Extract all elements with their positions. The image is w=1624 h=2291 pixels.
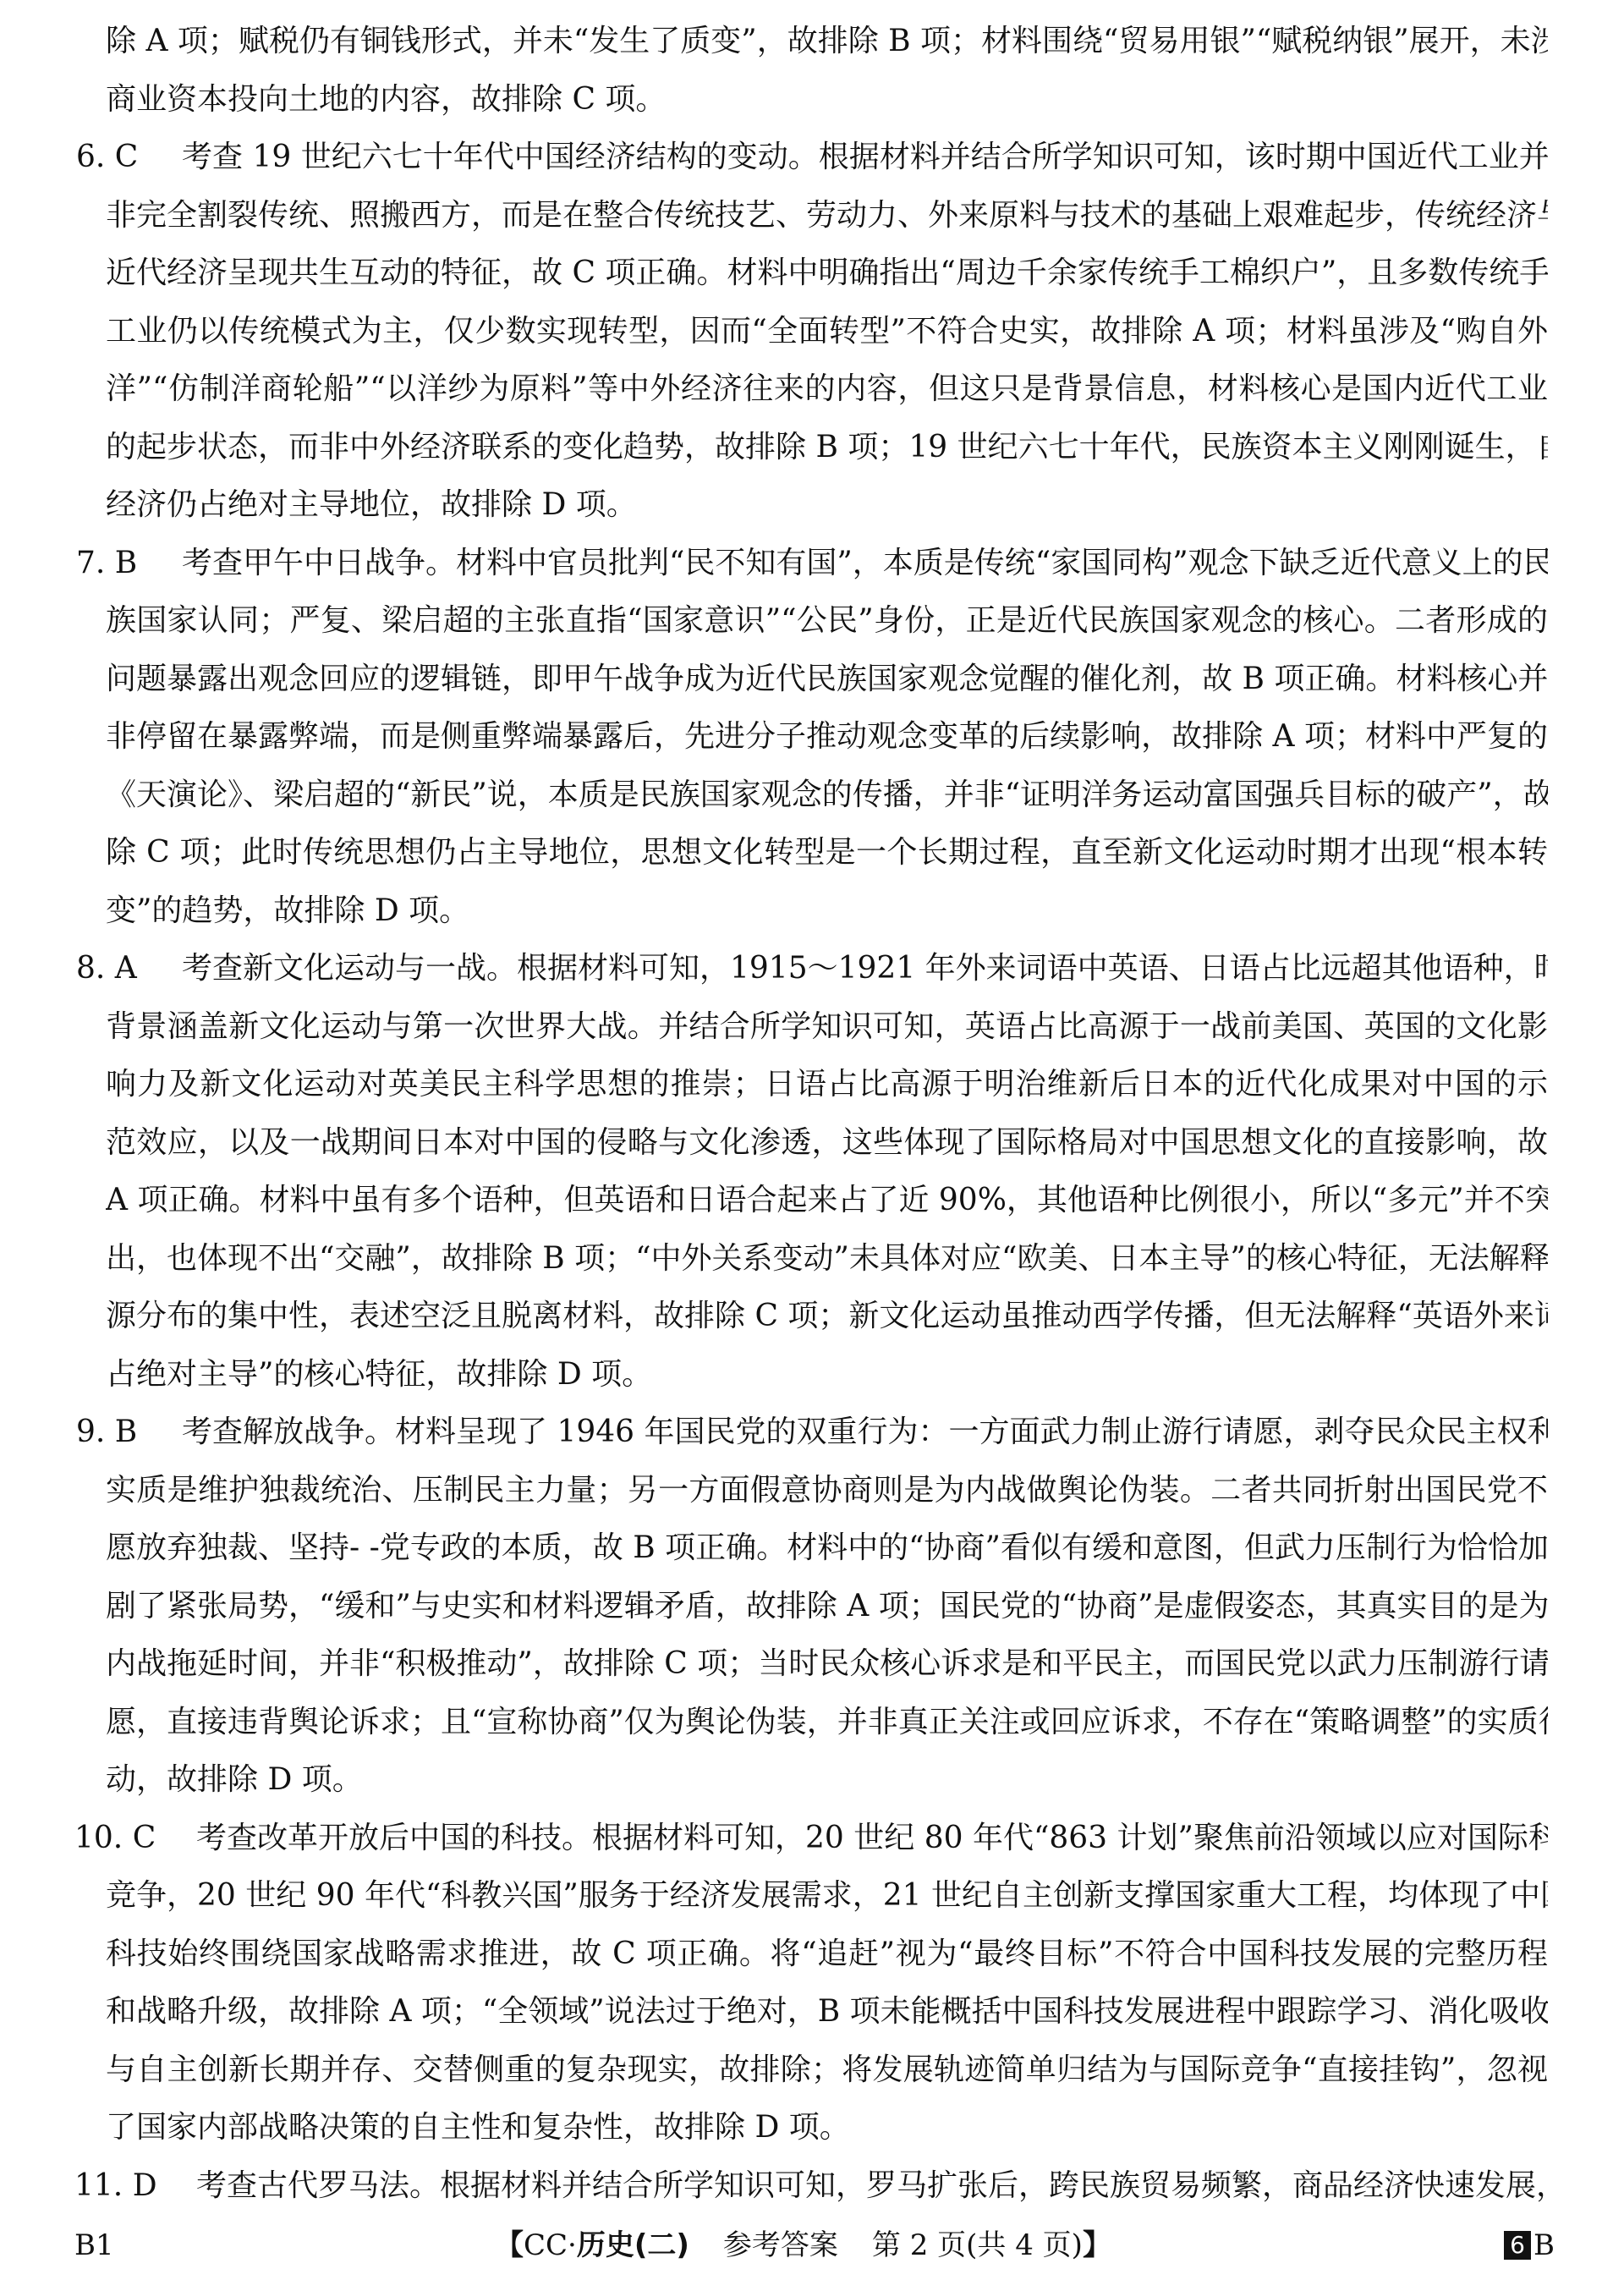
text-line: 问题暴露出观念回应的逻辑链，即甲午战争成为近代民族国家观念觉醒的催化剂，故 B … xyxy=(0,660,1624,718)
footer-page-info: 第 2 页(共 4 页) xyxy=(872,2228,1083,2262)
text-line: 变”的趋势，故排除 D 项。 xyxy=(0,892,1624,950)
line-text: 了国家内部战略决策的自主性和复杂性，故排除 D 项。 xyxy=(106,2108,1548,2147)
line-text: 和战略升级，故排除 A 项；“全领域”说法过于绝对，B 项未能概括中国科技发展进… xyxy=(106,1992,1548,2031)
line-text: 考查甲午中日战争。材料中官员批判“民不知有国”，本质是传统“家国同构”观念下缺乏… xyxy=(182,544,1548,583)
line-text: 非停留在暴露弊端，而是侧重弊端暴露后，先进分子推动观念变革的后续影响，故排除 A… xyxy=(106,717,1548,756)
text-line: 商业资本投向土地的内容，故排除 C 项。 xyxy=(0,80,1624,139)
line-text: 《天演论》、梁启超的“新民”说，本质是民族国家观念的传播，并非“证明洋务运动富国… xyxy=(106,776,1548,815)
text-line: 科技始终围绕国家战略需求推进，故 C 项正确。将“追赶”视为“最终目标”不符合中… xyxy=(0,1935,1624,1993)
text-line: 占绝对主导”的核心特征，故排除 D 项。 xyxy=(0,1355,1624,1414)
text-line: 工业仍以传统模式为主，仅少数实现转型，因而“全面转型”不符合史实，故排除 A 项… xyxy=(0,312,1624,371)
answer-number: 11. D xyxy=(74,2167,157,2206)
line-text: 愿放弃独裁、坚持- -党专政的本质，故 B 项正确。材料中的“协商”看似有缓和意… xyxy=(106,1529,1548,1568)
page-footer: B1 【CC·历史(二)参考答案第 2 页(共 4 页)】 6 B xyxy=(0,2225,1624,2266)
text-line: 范效应，以及一战期间日本对中国的侵略与文化渗透，这些体现了国际格局对中国思想文化… xyxy=(0,1124,1624,1182)
answer-number: 7. B xyxy=(76,544,137,583)
answer-item: 9. B考查解放战争。材料呈现了 1946 年国民党的双重行为：一方面武力制止游… xyxy=(0,1413,1624,1819)
answer-item: 11. D考查古代罗马法。根据材料并结合所学知识可知，罗马扩张后，跨民族贸易频繁… xyxy=(0,2167,1624,2225)
text-line: 7. B考查甲午中日战争。材料中官员批判“民不知有国”，本质是传统“家国同构”观… xyxy=(0,544,1624,602)
line-text: 源分布的集中性，表述空泛且脱离材料，故排除 C 项；新文化运动虽推动西学传播，但… xyxy=(106,1297,1548,1336)
text-line: A 项正确。材料中虽有多个语种，但英语和日语合起来占了近 90%，其他语种比例很… xyxy=(0,1181,1624,1239)
line-text: 动，故排除 D 项。 xyxy=(106,1761,1548,1799)
text-line: 经济仍占绝对主导地位，故排除 D 项。 xyxy=(0,486,1624,544)
line-text: 考查改革开放后中国的科技。根据材料可知，20 世纪 80 年代“863 计划”聚… xyxy=(196,1819,1548,1858)
footer-open-bracket: 【 xyxy=(495,2228,524,2262)
answer-item: 8. A考查新文化运动与一战。根据材料可知，1915～1921 年外来词语中英语… xyxy=(0,949,1624,1413)
line-text: 考查解放战争。材料呈现了 1946 年国民党的双重行为：一方面武力制止游行请愿，… xyxy=(182,1413,1548,1452)
text-line: 剧了紧张局势，“缓和”与史实和材料逻辑矛盾，故排除 A 项；国民党的“协商”是虚… xyxy=(0,1587,1624,1645)
line-text: 竞争，20 世纪 90 年代“科教兴国”服务于经济发展需求，21 世纪自主创新支… xyxy=(106,1876,1548,1915)
edition-letter: B xyxy=(1533,2230,1555,2261)
text-line: 除 C 项；此时传统思想仍占主导地位，思想文化转型是一个长期过程，直至新文化运动… xyxy=(0,833,1624,892)
answer-body: 除 A 项；赋税仍有铜钱形式，并未“发生了质变”，故排除 B 项；材料围绕“贸易… xyxy=(0,22,1624,2224)
answer-item: 6. C考查 19 世纪六七十年代中国经济结构的变动。根据材料并结合所学知识可知… xyxy=(0,138,1624,544)
answer-number: 6. C xyxy=(76,138,138,177)
text-line: 9. B考查解放战争。材料呈现了 1946 年国民党的双重行为：一方面武力制止游… xyxy=(0,1413,1624,1471)
text-line: 动，故排除 D 项。 xyxy=(0,1761,1624,1819)
line-text: 愿，直接违背舆论诉求；且“宣称协商”仅为舆论伪装，并非真正关注或回应诉求，不存在… xyxy=(106,1703,1548,1742)
line-text: 非完全割裂传统、照搬西方，而是在整合传统技艺、劳动力、外来原料与技术的基础上艰难… xyxy=(106,196,1548,235)
answer-item: 10. C考查改革开放后中国的科技。根据材料可知，20 世纪 80 年代“863… xyxy=(0,1819,1624,2167)
line-text: 内战拖延时间，并非“积极推动”，故排除 C 项；当时民众核心诉求是和平民主，而国… xyxy=(106,1645,1548,1684)
line-text: 与自主创新长期并存、交替侧重的复杂现实，故排除；将发展轨迹简单归结为与国际竞争“… xyxy=(106,2051,1548,2090)
text-line: 实质是维护独裁统治、压制民主力量；另一方面假意协商则是为内战做舆论伪装。二者共同… xyxy=(0,1471,1624,1530)
line-text: 变”的趋势，故排除 D 项。 xyxy=(106,892,1548,931)
text-line: 了国家内部战略决策的自主性和复杂性，故排除 D 项。 xyxy=(0,2108,1624,2167)
line-text: 考查新文化运动与一战。根据材料可知，1915～1921 年外来词语中英语、日语占… xyxy=(182,949,1548,988)
answer-number: 10. C xyxy=(74,1819,156,1858)
line-text: 范效应，以及一战期间日本对中国的侵略与文化渗透，这些体现了国际格局对中国思想文化… xyxy=(106,1124,1548,1162)
line-text: 除 C 项；此时传统思想仍占主导地位，思想文化转型是一个长期过程，直至新文化运动… xyxy=(106,833,1548,872)
line-text: 经济仍占绝对主导地位，故排除 D 项。 xyxy=(106,486,1548,525)
edition-number-badge: 6 xyxy=(1504,2231,1531,2260)
line-text: 商业资本投向土地的内容，故排除 C 项。 xyxy=(106,80,1548,119)
answer-item: 7. B考查甲午中日战争。材料中官员批判“民不知有国”，本质是传统“家国同构”观… xyxy=(0,544,1624,950)
text-line: 11. D考查古代罗马法。根据材料并结合所学知识可知，罗马扩张后，跨民族贸易频繁… xyxy=(0,2167,1624,2225)
text-line: 10. C考查改革开放后中国的科技。根据材料可知，20 世纪 80 年代“863… xyxy=(0,1819,1624,1877)
text-line: 背景涵盖新文化运动与第一次世界大战。并结合所学知识可知，英语占比高源于一战前美国… xyxy=(0,1008,1624,1066)
footer-edition-mark: 6 B xyxy=(1504,2230,1555,2261)
line-text: 剧了紧张局势，“缓和”与史实和材料逻辑矛盾，故排除 A 项；国民党的“协商”是虚… xyxy=(106,1587,1548,1626)
line-text: 占绝对主导”的核心特征，故排除 D 项。 xyxy=(106,1355,1548,1394)
line-text: 工业仍以传统模式为主，仅少数实现转型，因而“全面转型”不符合史实，故排除 A 项… xyxy=(106,312,1548,351)
text-line: 非停留在暴露弊端，而是侧重弊端暴露后，先进分子推动观念变革的后续影响，故排除 A… xyxy=(0,717,1624,776)
line-text: 问题暴露出观念回应的逻辑链，即甲午战争成为近代民族国家观念觉醒的催化剂，故 B … xyxy=(106,660,1548,699)
text-line: 8. A考查新文化运动与一战。根据材料可知，1915～1921 年外来词语中英语… xyxy=(0,949,1624,1008)
text-line: 内战拖延时间，并非“积极推动”，故排除 C 项；当时民众核心诉求是和平民主，而国… xyxy=(0,1645,1624,1703)
text-line: 6. C考查 19 世纪六七十年代中国经济结构的变动。根据材料并结合所学知识可知… xyxy=(0,138,1624,196)
footer-subject: 历史(二) xyxy=(577,2228,689,2262)
line-text: 的起步状态，而非中外经济联系的变化趋势，故排除 B 项；19 世纪六七十年代，民… xyxy=(106,428,1548,467)
line-text: A 项正确。材料中虽有多个语种，但英语和日语合起来占了近 90%，其他语种比例很… xyxy=(106,1181,1548,1220)
footer-title: 【CC·历史(二)参考答案第 2 页(共 4 页)】 xyxy=(495,2225,1138,2266)
text-line: 出，也体现不出“交融”，故排除 B 项；“中外关系变动”未具体对应“欧美、日本主… xyxy=(0,1239,1624,1298)
text-line: 竞争，20 世纪 90 年代“科教兴国”服务于经济发展需求，21 世纪自主创新支… xyxy=(0,1876,1624,1935)
answer-key-page: 除 A 项；赋税仍有铜钱形式，并未“发生了质变”，故排除 B 项；材料围绕“贸易… xyxy=(0,0,1624,2291)
text-line: 近代经济呈现共生互动的特征，故 C 项正确。材料中明确指出“周边千余家传统手工棉… xyxy=(0,254,1624,312)
answer-number: 8. A xyxy=(76,949,137,988)
text-line: 洋”“仿制洋商轮船”“以洋纱为原料”等中外经济往来的内容，但这只是背景信息，材料… xyxy=(0,370,1624,428)
text-line: 族国家认同；严复、梁启超的主张直指“国家意识”“公民”身份，正是近代民族国家观念… xyxy=(0,602,1624,660)
line-text: 科技始终围绕国家战略需求推进，故 C 项正确。将“追赶”视为“最终目标”不符合中… xyxy=(106,1935,1548,1974)
line-text: 实质是维护独裁统治、压制民主力量；另一方面假意协商则是为内战做舆论伪装。二者共同… xyxy=(106,1471,1548,1510)
line-text: 族国家认同；严复、梁启超的主张直指“国家意识”“公民”身份，正是近代民族国家观念… xyxy=(106,602,1548,640)
line-text: 考查古代罗马法。根据材料并结合所学知识可知，罗马扩张后，跨民族贸易频繁，商品经济… xyxy=(196,2167,1548,2206)
footer-left-code: B1 xyxy=(74,2225,114,2266)
text-line: 除 A 项；赋税仍有铜钱形式，并未“发生了质变”，故排除 B 项；材料围绕“贸易… xyxy=(0,22,1624,80)
text-line: 的起步状态，而非中外经济联系的变化趋势，故排除 B 项；19 世纪六七十年代，民… xyxy=(0,428,1624,486)
line-text: 近代经济呈现共生互动的特征，故 C 项正确。材料中明确指出“周边千余家传统手工棉… xyxy=(106,254,1548,293)
footer-doc-type: 参考答案 xyxy=(723,2228,838,2262)
footer-series: CC· xyxy=(524,2228,577,2262)
text-line: 非完全割裂传统、照搬西方，而是在整合传统技艺、劳动力、外来原料与技术的基础上艰难… xyxy=(0,196,1624,255)
answer-item-continuation: 除 A 项；赋税仍有铜钱形式，并未“发生了质变”，故排除 B 项；材料围绕“贸易… xyxy=(0,22,1624,138)
footer-close-bracket: 】 xyxy=(1083,2228,1111,2262)
line-text: 考查 19 世纪六七十年代中国经济结构的变动。根据材料并结合所学知识可知，该时期… xyxy=(182,138,1548,177)
text-line: 与自主创新长期并存、交替侧重的复杂现实，故排除；将发展轨迹简单归结为与国际竞争“… xyxy=(0,2051,1624,2109)
text-line: 《天演论》、梁启超的“新民”说，本质是民族国家观念的传播，并非“证明洋务运动富国… xyxy=(0,776,1624,834)
line-text: 出，也体现不出“交融”，故排除 B 项；“中外关系变动”未具体对应“欧美、日本主… xyxy=(106,1239,1548,1278)
text-line: 响力及新文化运动对英美民主科学思想的推崇；日语占比高源于明治维新后日本的近代化成… xyxy=(0,1065,1624,1124)
line-text: 除 A 项；赋税仍有铜钱形式，并未“发生了质变”，故排除 B 项；材料围绕“贸易… xyxy=(106,22,1548,61)
text-line: 和战略升级，故排除 A 项；“全领域”说法过于绝对，B 项未能概括中国科技发展进… xyxy=(0,1992,1624,2051)
answer-number: 9. B xyxy=(76,1413,137,1452)
line-text: 背景涵盖新文化运动与第一次世界大战。并结合所学知识可知，英语占比高源于一战前美国… xyxy=(106,1008,1548,1047)
line-text: 洋”“仿制洋商轮船”“以洋纱为原料”等中外经济往来的内容，但这只是背景信息，材料… xyxy=(106,370,1548,409)
text-line: 愿，直接违背舆论诉求；且“宣称协商”仅为舆论伪装，并非真正关注或回应诉求，不存在… xyxy=(0,1703,1624,1761)
text-line: 愿放弃独裁、坚持- -党专政的本质，故 B 项正确。材料中的“协商”看似有缓和意… xyxy=(0,1529,1624,1587)
text-line: 源分布的集中性，表述空泛且脱离材料，故排除 C 项；新文化运动虽推动西学传播，但… xyxy=(0,1297,1624,1355)
line-text: 响力及新文化运动对英美民主科学思想的推崇；日语占比高源于明治维新后日本的近代化成… xyxy=(106,1065,1548,1104)
